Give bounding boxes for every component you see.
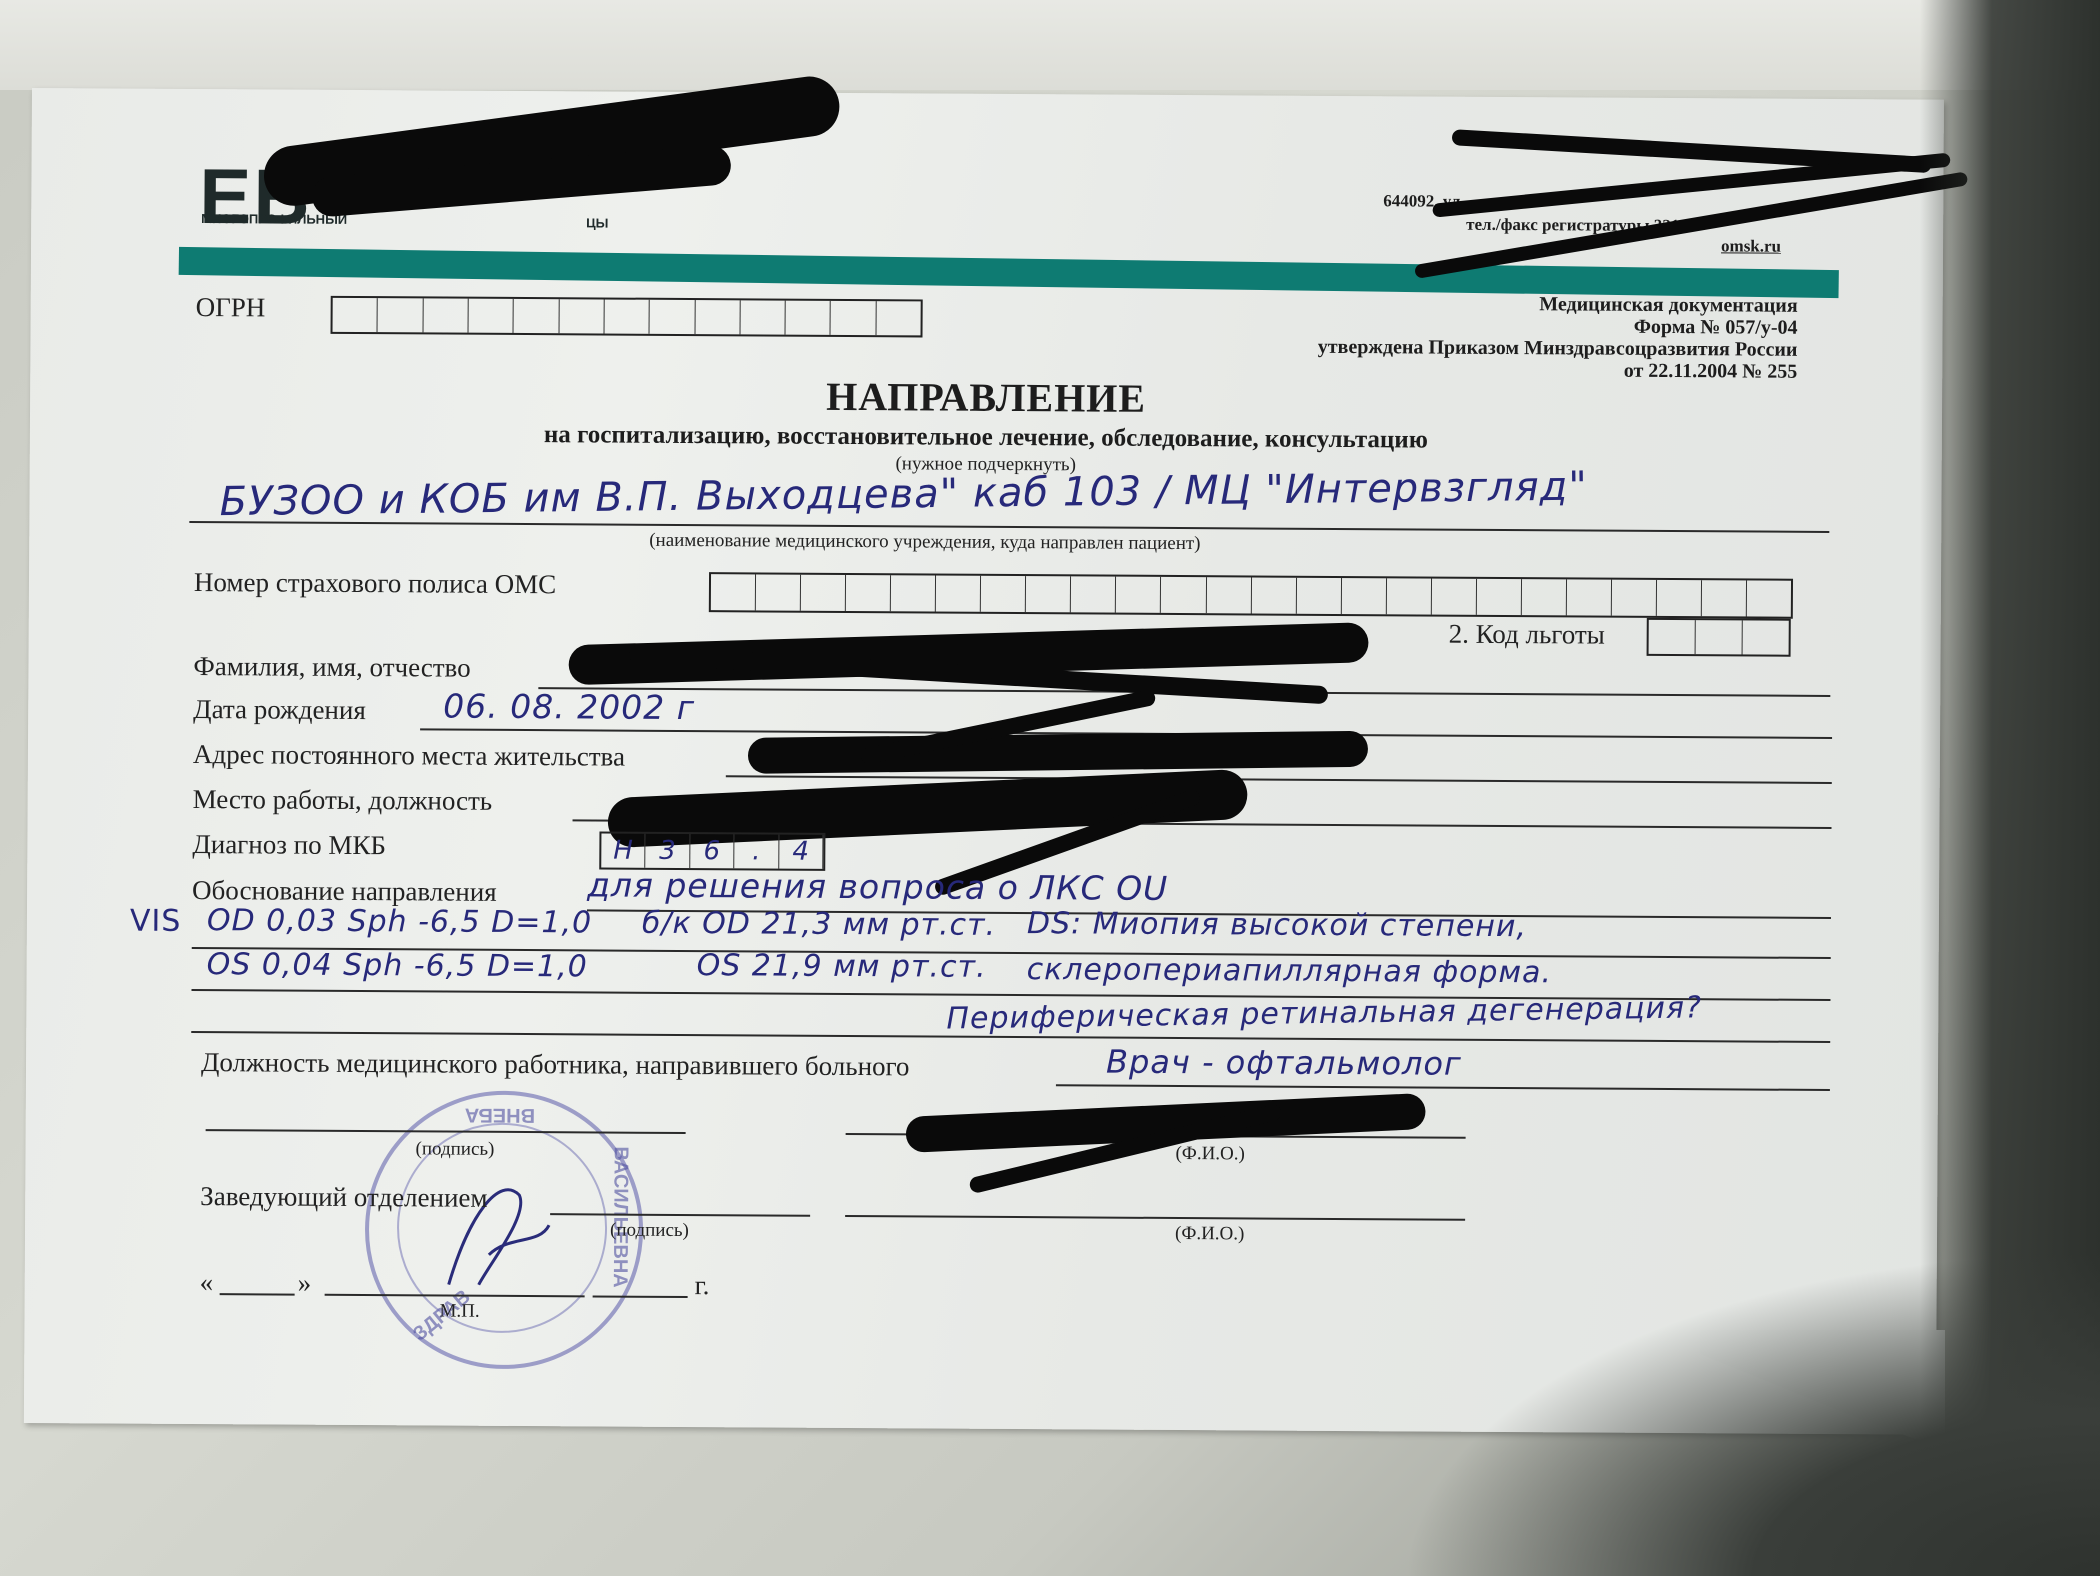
benefit-code-cell[interactable] bbox=[1743, 620, 1789, 654]
clinical-note-os[interactable]: OS 0,04 Sph -6,5 D=1,0 bbox=[207, 947, 588, 984]
address-line bbox=[726, 775, 1832, 784]
position-line bbox=[1056, 1084, 1830, 1091]
head-signature-caption: (подпись) bbox=[610, 1220, 689, 1242]
background-top bbox=[0, 0, 2100, 90]
contact-redaction-stroke-1 bbox=[1432, 153, 1951, 218]
oms-cell[interactable] bbox=[891, 575, 936, 611]
stamp-place-caption: М.П. bbox=[439, 1301, 479, 1323]
date-year-suffix: г. bbox=[695, 1270, 710, 1301]
ogrn-cell[interactable] bbox=[468, 299, 514, 333]
ogrn-cell[interactable] bbox=[786, 301, 832, 335]
fio-label: Фамилия, имя, отчество bbox=[193, 651, 470, 684]
signature-mark bbox=[429, 1154, 580, 1305]
benefit-code-cells[interactable] bbox=[1647, 618, 1791, 657]
clinical-note-od[interactable]: OD 0,03 Sph -6,5 D=1,0 bbox=[207, 903, 592, 940]
oms-cell[interactable] bbox=[801, 575, 846, 611]
ogrn-cell[interactable] bbox=[423, 298, 469, 332]
oms-policy-cells[interactable] bbox=[709, 572, 1793, 619]
dob-value[interactable]: 06. 08. 2002 г bbox=[443, 687, 695, 728]
oms-cell[interactable] bbox=[936, 576, 981, 612]
oms-cell[interactable] bbox=[756, 574, 801, 610]
doctor-fio-caption: (Ф.И.О.) bbox=[1175, 1143, 1244, 1165]
benefit-code-cell[interactable] bbox=[1649, 620, 1696, 654]
head-fio-line bbox=[845, 1215, 1465, 1221]
background-shadow-corner bbox=[1400, 1250, 2100, 1576]
oms-cell[interactable] bbox=[981, 576, 1026, 612]
oms-cell[interactable] bbox=[1612, 580, 1657, 616]
dob-label: Дата рождения bbox=[193, 694, 366, 726]
ogrn-cell[interactable] bbox=[604, 300, 650, 334]
institution-caption: (наименование медицинского учреждения, к… bbox=[649, 530, 1200, 555]
ogrn-cell[interactable] bbox=[514, 299, 560, 333]
ogrn-cell[interactable] bbox=[333, 298, 379, 332]
ogrn-label: ОГРН bbox=[196, 292, 266, 323]
clinical-note-diagnosis[interactable]: DS: Миопия высокой степени, bbox=[1027, 906, 1527, 944]
ogrn-cell[interactable] bbox=[695, 300, 741, 334]
date-day-line[interactable] bbox=[220, 1293, 295, 1295]
oms-cell[interactable] bbox=[1477, 579, 1522, 615]
oms-cell[interactable] bbox=[1251, 577, 1296, 613]
ogrn-cell[interactable] bbox=[740, 300, 786, 334]
referring-position-value[interactable]: Врач - офтальмолог bbox=[1106, 1043, 1462, 1083]
mkb-cell[interactable]: 4 bbox=[779, 835, 824, 869]
oms-cell[interactable] bbox=[846, 575, 891, 611]
clinical-note-degeneration[interactable]: Периферическая ретинальная дегенерация? bbox=[946, 990, 1702, 1036]
referring-position-label: Должность медицинского работника, направ… bbox=[201, 1047, 910, 1082]
oms-cell[interactable] bbox=[1161, 577, 1206, 613]
work-label: Место работы, должность bbox=[193, 784, 493, 817]
department-head-label: Заведующий отделением bbox=[200, 1181, 487, 1214]
institution-value[interactable]: БУЗОО и КОБ им В.П. Выходцева" каб 103 /… bbox=[219, 464, 1588, 526]
vis-label: VIS bbox=[130, 904, 182, 939]
mkb-cell[interactable]: Н bbox=[601, 833, 646, 867]
oms-cell[interactable] bbox=[1387, 578, 1432, 614]
ogrn-cell[interactable] bbox=[831, 301, 877, 335]
address-label: Адрес постоянного места жительства bbox=[193, 739, 625, 773]
mkb-cell[interactable]: 6 bbox=[690, 834, 735, 868]
stamp-text-side: ВАСИЛЬЕВНА bbox=[608, 1146, 632, 1287]
clinical-note-iop-os[interactable]: OS 21,9 мм рт.ст. bbox=[697, 948, 987, 985]
form-meta: Медицинская документация Форма № 057/у-0… bbox=[1318, 292, 1798, 383]
oms-cell[interactable] bbox=[1206, 577, 1251, 613]
oms-cell[interactable] bbox=[1296, 578, 1341, 614]
oms-cell[interactable] bbox=[1702, 580, 1747, 616]
oms-cell[interactable] bbox=[1026, 576, 1071, 612]
oms-cell[interactable] bbox=[1116, 577, 1161, 613]
ogrn-cell[interactable] bbox=[650, 300, 696, 334]
referral-form-page: ЕВ МНОГОПРОФИЛЬНЫЙ ЦЫ 644092, ул. тел./ф… bbox=[24, 88, 1944, 1435]
clinical-note-form[interactable]: склеропериапиллярная форма. bbox=[1027, 952, 1553, 990]
date-close-quote: » bbox=[298, 1268, 312, 1299]
mkb-cell[interactable]: 3 bbox=[646, 834, 691, 868]
head-fio-caption: (Ф.И.О.) bbox=[1175, 1223, 1244, 1245]
reason-value[interactable]: для решения вопроса о ЛКС OU bbox=[587, 865, 1168, 908]
form-meta-form-number: Форма № 057/у-04 bbox=[1318, 314, 1798, 339]
form-meta-doc-type: Медицинская документация bbox=[1318, 292, 1798, 317]
ogrn-cell[interactable] bbox=[378, 298, 424, 332]
benefit-code-label: 2. Код льготы bbox=[1449, 619, 1605, 651]
header-brand-bar bbox=[179, 247, 1839, 298]
ogrn-cell[interactable] bbox=[559, 299, 605, 333]
signature-caption: (подпись) bbox=[415, 1138, 494, 1160]
oms-cell[interactable] bbox=[1071, 576, 1116, 612]
oms-cell[interactable] bbox=[1432, 579, 1477, 615]
clinical-note-iop-od[interactable]: б/к OD 21,3 мм рт.ст. bbox=[642, 906, 996, 943]
stamp-text-top: ВНЕБА bbox=[465, 1103, 535, 1126]
date-open-quote: « bbox=[200, 1267, 214, 1298]
clinic-email: omsk.ru bbox=[1721, 236, 1781, 256]
ogrn-cell[interactable] bbox=[876, 301, 921, 335]
clinic-logo-subtitle-end: ЦЫ bbox=[586, 215, 608, 230]
mkb-cell[interactable]: . bbox=[734, 834, 779, 868]
oms-cell[interactable] bbox=[711, 574, 756, 610]
oms-cell[interactable] bbox=[1341, 578, 1386, 614]
oms-label: Номер страхового полиса ОМС bbox=[194, 567, 556, 600]
benefit-code-cell[interactable] bbox=[1696, 620, 1743, 654]
form-meta-approval: утверждена Приказом Минздравсоцразвития … bbox=[1318, 336, 1798, 361]
oms-cell[interactable] bbox=[1747, 580, 1791, 616]
address-redaction bbox=[748, 731, 1368, 774]
oms-cell[interactable] bbox=[1522, 579, 1567, 615]
oms-cell[interactable] bbox=[1567, 579, 1612, 615]
oms-cell[interactable] bbox=[1657, 580, 1702, 616]
ogrn-input-cells[interactable] bbox=[331, 296, 923, 338]
mkb-label: Диагноз по МКБ bbox=[192, 829, 386, 861]
